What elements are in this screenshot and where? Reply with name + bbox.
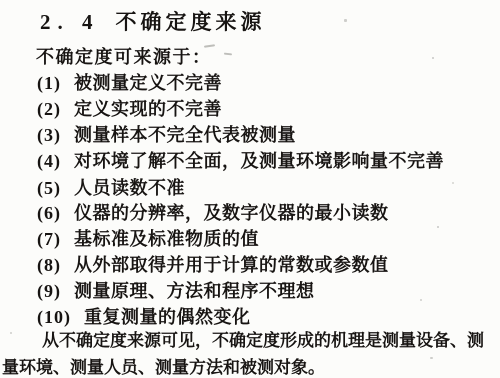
item-number: (8) bbox=[37, 255, 61, 276]
scan-artifact bbox=[10, 332, 12, 334]
list-item: (9)测量原理、方法和程序不理想 bbox=[37, 277, 315, 303]
item-number: (4) bbox=[37, 151, 61, 172]
list-item: (7)基标准及标准物质的值 bbox=[37, 225, 259, 251]
list-item: (5)人员读数不准 bbox=[37, 174, 185, 200]
list-item: (3)测量样本不完全代表被测量 bbox=[37, 121, 296, 147]
list-item: (2)定义实现的不完善 bbox=[37, 95, 222, 121]
scan-artifact bbox=[437, 226, 439, 228]
scan-artifact bbox=[344, 19, 347, 22]
item-text: 从外部取得并用于计算的常数或参数值 bbox=[74, 255, 389, 275]
item-text: 测量原理、方法和程序不理想 bbox=[74, 281, 315, 301]
scan-artifact bbox=[430, 357, 433, 359]
item-number: (9) bbox=[37, 281, 61, 302]
item-text: 对环境了解不全面，及测量环境影响量不完善 bbox=[74, 151, 444, 171]
item-number: (2) bbox=[37, 99, 61, 120]
item-text: 重复测量的偶然变化 bbox=[84, 307, 251, 327]
item-text: 基标准及标准物质的值 bbox=[74, 229, 259, 249]
item-number: (7) bbox=[37, 229, 61, 250]
item-text: 人员读数不准 bbox=[74, 178, 185, 198]
list-item: (8)从外部取得并用于计算的常数或参数值 bbox=[37, 251, 389, 277]
section-heading: 2. 4不确定度来源 bbox=[40, 6, 266, 36]
item-text: 测量样本不完全代表被测量 bbox=[74, 125, 296, 145]
scan-artifact bbox=[452, 182, 454, 184]
intro-line: 不确定度可来源于： bbox=[36, 43, 212, 69]
list-item: (6)仪器的分辨率，及数字仪器的最小读数 bbox=[37, 199, 389, 225]
list-item: (10)重复测量的偶然变化 bbox=[37, 303, 251, 329]
list-item: (4)对环境了解不全面，及测量环境影响量不完善 bbox=[37, 147, 444, 173]
scan-artifact bbox=[432, 57, 434, 59]
item-number: (6) bbox=[37, 203, 61, 224]
item-text: 仪器的分辨率，及数字仪器的最小读数 bbox=[74, 203, 389, 223]
section-number: 2. 4 bbox=[40, 10, 100, 34]
closing-paragraph: 从不确定度来源可见，不确定度形成的机理是测量设备、测量环境、测量人员、测量方法和… bbox=[2, 328, 499, 378]
item-text: 定义实现的不完善 bbox=[74, 99, 222, 119]
scan-artifact bbox=[420, 299, 422, 301]
item-number: (10) bbox=[37, 307, 71, 328]
item-number: (1) bbox=[37, 73, 61, 94]
item-number: (5) bbox=[37, 178, 61, 199]
scanned-document-page: 2. 4不确定度来源 不确定度可来源于： (1)被测量定义不完善 (2)定义实现… bbox=[0, 0, 500, 378]
item-text: 被测量定义不完善 bbox=[74, 73, 222, 93]
section-title: 不确定度来源 bbox=[116, 10, 266, 34]
scan-artifact bbox=[224, 53, 232, 56]
list-item: (1)被测量定义不完善 bbox=[37, 69, 222, 95]
item-number: (3) bbox=[37, 125, 61, 146]
